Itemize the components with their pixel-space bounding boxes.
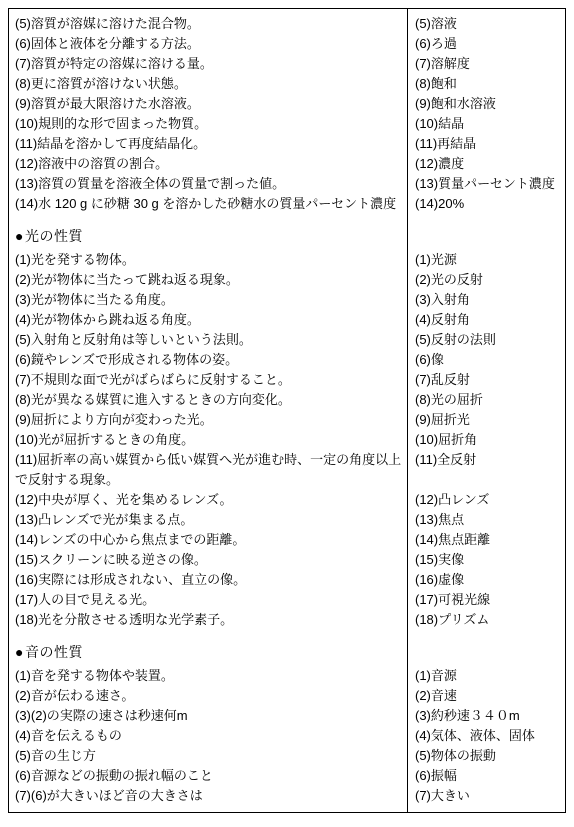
answer-cell: (7)大きい [407,786,565,806]
qa-row: (4)光が物体から跳ね返る角度。 (4)反射角 [9,310,565,330]
question-cell: (5)入射角と反射角は等しいという法則。 [9,330,407,350]
section-heading: ●光の性質 [9,226,565,246]
answer-cell: (12)凸レンズ [407,490,565,510]
question-cell: (7)溶質が特定の溶媒に溶ける量。 [9,54,407,74]
answer-cell: (1)光源 [407,250,565,270]
answer-cell: (5)反射の法則 [407,330,565,350]
question-cell: (12)溶液中の溶質の割合。 [9,154,407,174]
question-cell: (2)光が物体に当たって跳ね返る現象。 [9,270,407,290]
answer-cell: (7)溶解度 [407,54,565,74]
question-cell: (3)(2)の実際の速さは秒速何m [9,706,407,726]
question-cell: (5)音の生じ方 [9,746,407,766]
qa-row: (17)人の目で見える光。 (17)可視光線 [9,590,565,610]
qa-row: (6)音源などの振動の振れ幅のこと (6)振幅 [9,766,565,786]
answer-cell: (14)焦点距離 [407,530,565,550]
answer-cell: (2)音速 [407,686,565,706]
answer-cell: (14)20% [407,194,565,214]
qa-row: (6)固体と液体を分離する方法。 (6)ろ過 [9,34,565,54]
qa-row: (14)レンズの中心から焦点までの距離。 (14)焦点距離 [9,530,565,550]
qa-row: (1)音を発する物体や装置。 (1)音源 [9,666,565,686]
qa-row: (11)結晶を溶かして再度結晶化。 (11)再結晶 [9,134,565,154]
question-cell: (10)規則的な形で固まった物質。 [9,114,407,134]
answer-cell: (5)物体の振動 [407,746,565,766]
question-cell: (1)音を発する物体や装置。 [9,666,407,686]
answer-cell: (13)質量パーセント濃度 [407,174,565,194]
question-cell: (5)溶質が溶媒に溶けた混合物。 [9,14,407,34]
answer-cell: (11)再結晶 [407,134,565,154]
qa-row: (4)音を伝えるもの (4)気体、液体、固体 [9,726,565,746]
qa-row: (2)音が伝わる速さ。 (2)音速 [9,686,565,706]
qa-row: (7)不規則な面で光がばらばらに反射すること。 (7)乱反射 [9,370,565,390]
question-cell: (4)光が物体から跳ね返る角度。 [9,310,407,330]
qa-row: (5)入射角と反射角は等しいという法則。 (5)反射の法則 [9,330,565,350]
question-cell: (14)水 120 g に砂糖 30 g を溶かした砂糖水の質量パーセント濃度 [9,194,407,214]
qa-row: (8)光が異なる媒質に進入するときの方向変化。 (8)光の屈折 [9,390,565,410]
question-cell: (4)音を伝えるもの [9,726,407,746]
answer-cell: (17)可視光線 [407,590,565,610]
qa-row: (1)光を発する物体。 (1)光源 [9,250,565,270]
question-cell: (13)凸レンズで光が集まる点。 [9,510,407,530]
qa-row: (18)光を分散させる透明な光学素子。 (18)プリズム [9,610,565,630]
section-heading: ●音の性質 [9,642,565,662]
question-cell: (8)光が異なる媒質に進入するときの方向変化。 [9,390,407,410]
answer-cell: (5)溶液 [407,14,565,34]
question-cell: (6)音源などの振動の振れ幅のこと [9,766,407,786]
question-cell: (12)中央が厚く、光を集めるレンズ。 [9,490,407,510]
answer-cell: (1)音源 [407,666,565,686]
answer-cell: (10)結晶 [407,114,565,134]
qa-row: (5)音の生じ方 (5)物体の振動 [9,746,565,766]
section-title: 光の性質 [25,228,83,244]
answer-cell: (9)飽和水溶液 [407,94,565,114]
qa-row: (9)溶質が最大限溶けた水溶液。 (9)飽和水溶液 [9,94,565,114]
qa-row: (13)凸レンズで光が集まる点。 (13)焦点 [9,510,565,530]
qa-table: (5)溶質が溶媒に溶けた混合物。 (5)溶液 (6)固体と液体を分離する方法。 … [8,8,566,813]
qa-row: (3)光が物体に当たる角度。 (3)入射角 [9,290,565,310]
qa-row: (14)水 120 g に砂糖 30 g を溶かした砂糖水の質量パーセント濃度 … [9,194,565,214]
question-cell: (17)人の目で見える光。 [9,590,407,610]
answer-cell: (6)振幅 [407,766,565,786]
bullet-icon: ● [15,228,24,244]
question-cell: (11)屈折率の高い媒質から低い媒質へ光が進む時、一定の角度以上で反射する現象。 [9,450,407,490]
answer-cell: (3)約秒速３４０m [407,706,565,726]
question-cell: (3)光が物体に当たる角度。 [9,290,407,310]
qa-row: (8)更に溶質が溶けない状態。 (8)飽和 [9,74,565,94]
section-title: 音の性質 [25,644,83,660]
qa-row: (12)溶液中の溶質の割合。 (12)濃度 [9,154,565,174]
qa-row: (13)溶質の質量を溶液全体の質量で割った値。 (13)質量パーセント濃度 [9,174,565,194]
question-cell: (18)光を分散させる透明な光学素子。 [9,610,407,630]
question-cell: (7)不規則な面で光がばらばらに反射すること。 [9,370,407,390]
answer-cell: (6)ろ過 [407,34,565,54]
answer-cell: (2)光の反射 [407,270,565,290]
answer-cell: (16)虚像 [407,570,565,590]
question-cell: (2)音が伝わる速さ。 [9,686,407,706]
answer-cell: (8)光の屈折 [407,390,565,410]
question-cell: (6)鏡やレンズで形成される物体の姿。 [9,350,407,370]
answer-cell: (7)乱反射 [407,370,565,390]
answer-cell: (11)全反射 [407,450,565,470]
question-cell: (13)溶質の質量を溶液全体の質量で割った値。 [9,174,407,194]
question-cell: (8)更に溶質が溶けない状態。 [9,74,407,94]
question-cell: (9)溶質が最大限溶けた水溶液。 [9,94,407,114]
question-cell: (16)実際には形成されない、直立の像。 [9,570,407,590]
qa-row: (9)屈折により方向が変わった光。 (9)屈折光 [9,410,565,430]
qa-row: (10)光が屈折するときの角度。 (10)屈折角 [9,430,565,450]
qa-row: (12)中央が厚く、光を集めるレンズ。 (12)凸レンズ [9,490,565,510]
question-cell: (10)光が屈折するときの角度。 [9,430,407,450]
qa-row: (16)実際には形成されない、直立の像。 (16)虚像 [9,570,565,590]
question-cell: (14)レンズの中心から焦点までの距離。 [9,530,407,550]
qa-row: (3)(2)の実際の速さは秒速何m (3)約秒速３４０m [9,706,565,726]
qa-row: (7)(6)が大きいほど音の大きさは (7)大きい [9,786,565,806]
answer-cell: (4)反射角 [407,310,565,330]
question-cell: (9)屈折により方向が変わった光。 [9,410,407,430]
answer-cell: (3)入射角 [407,290,565,310]
qa-row: (15)スクリーンに映る逆さの像。 (15)実像 [9,550,565,570]
question-cell: (7)(6)が大きいほど音の大きさは [9,786,407,806]
question-cell: (15)スクリーンに映る逆さの像。 [9,550,407,570]
bullet-icon: ● [15,644,24,660]
qa-row: (7)溶質が特定の溶媒に溶ける量。 (7)溶解度 [9,54,565,74]
question-cell: (1)光を発する物体。 [9,250,407,270]
answer-cell: (6)像 [407,350,565,370]
qa-row: (11)屈折率の高い媒質から低い媒質へ光が進む時、一定の角度以上で反射する現象。… [9,450,565,490]
answer-cell: (10)屈折角 [407,430,565,450]
answer-cell: (9)屈折光 [407,410,565,430]
column-divider [407,9,408,812]
qa-row: (6)鏡やレンズで形成される物体の姿。 (6)像 [9,350,565,370]
answer-cell: (8)飽和 [407,74,565,94]
qa-row: (2)光が物体に当たって跳ね返る現象。 (2)光の反射 [9,270,565,290]
answer-cell: (13)焦点 [407,510,565,530]
answer-cell: (4)気体、液体、固体 [407,726,565,746]
question-cell: (11)結晶を溶かして再度結晶化。 [9,134,407,154]
answer-cell: (15)実像 [407,550,565,570]
qa-row: (10)規則的な形で固まった物質。 (10)結晶 [9,114,565,134]
qa-row: (5)溶質が溶媒に溶けた混合物。 (5)溶液 [9,14,565,34]
answer-cell: (18)プリズム [407,610,565,630]
question-cell: (6)固体と液体を分離する方法。 [9,34,407,54]
answer-cell: (12)濃度 [407,154,565,174]
table-content: (5)溶質が溶媒に溶けた混合物。 (5)溶液 (6)固体と液体を分離する方法。 … [9,9,565,812]
